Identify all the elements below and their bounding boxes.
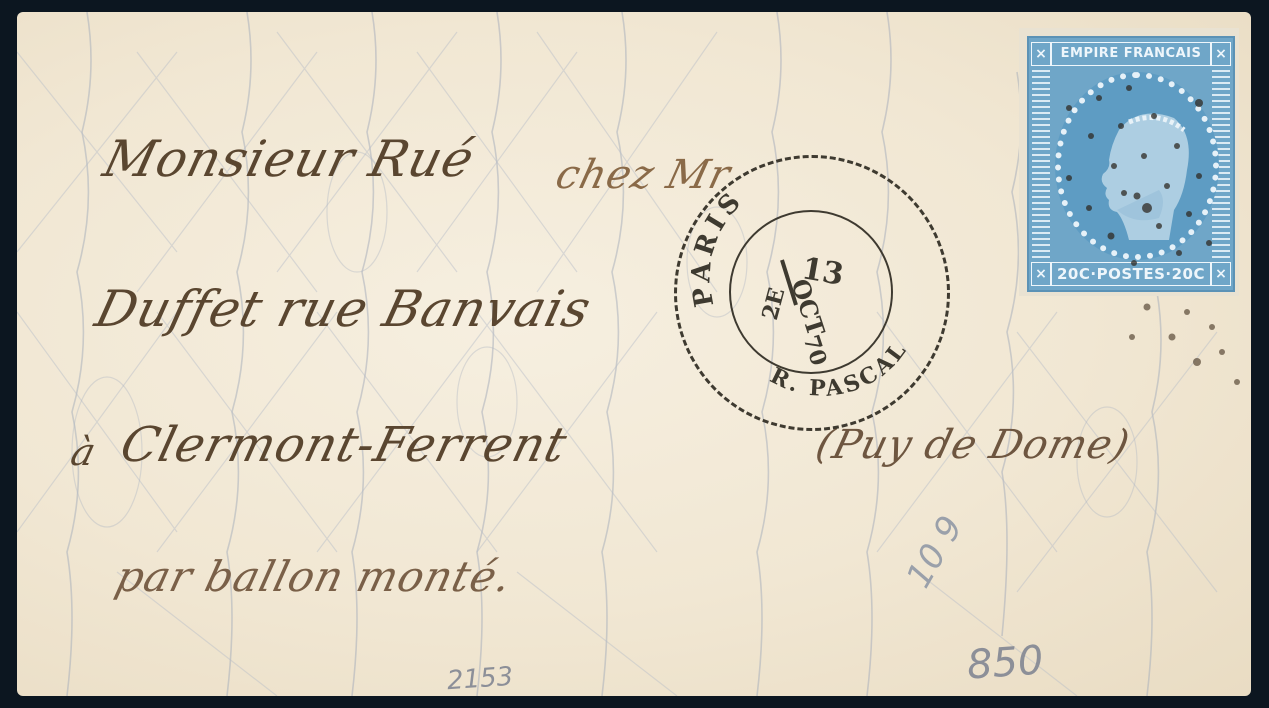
svg-text:PARIS: PARIS <box>686 184 750 309</box>
routing-instruction: par ballon monté. <box>111 552 517 601</box>
address-line-city: Clermont-Ferrent <box>115 417 573 473</box>
postmark-city: PARIS <box>686 184 750 309</box>
svg-text:R. PASCAL: R. PASCAL <box>766 336 913 402</box>
address-line-street: Duffet rue Banvais <box>90 280 597 338</box>
postmark-text-ring: PARIS R. PASCAL 13 2E OCT 70 <box>674 155 950 431</box>
losange-cancel-dots <box>1029 38 1233 290</box>
postmark-office: R. PASCAL <box>766 336 913 402</box>
pencil-reference-note: 2153 <box>446 662 514 696</box>
pencil-price-note: 850 <box>965 637 1044 688</box>
envelope-cover: Monsieur Rué chez Mr Duffet rue Banvais … <box>17 12 1251 696</box>
cancel-dots-overflow <box>1127 282 1251 392</box>
postmark-cancel: PARIS R. PASCAL 13 2E OCT 70 <box>674 155 950 431</box>
address-line-recipient: Monsieur Rué <box>98 130 481 188</box>
postmark-levee: 2E <box>757 285 790 323</box>
postmark-year: 70 <box>798 332 832 369</box>
postage-stamp: × × × × EMPIRE FRANCAIS 20C·POSTES·20C <box>1019 28 1239 296</box>
stamp-face: × × × × EMPIRE FRANCAIS 20C·POSTES·20C <box>1027 36 1235 292</box>
